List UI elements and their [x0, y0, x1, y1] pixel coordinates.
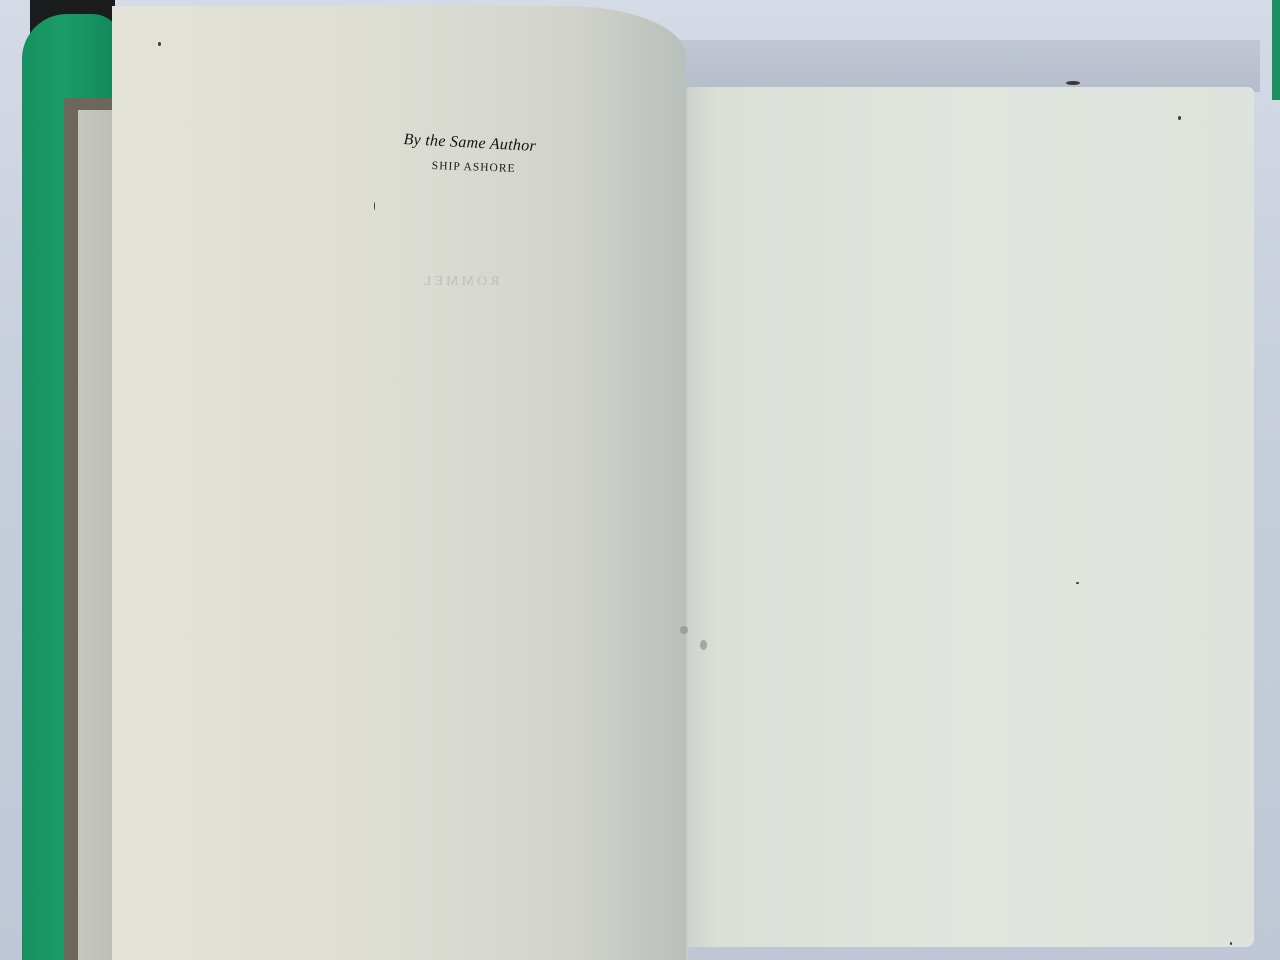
left-page [112, 6, 686, 960]
page-speck [374, 202, 375, 210]
page-speck [158, 42, 161, 46]
page-speck [1178, 116, 1181, 120]
page-speck [1066, 81, 1080, 85]
right-page [672, 87, 1254, 947]
page-speck [1230, 942, 1232, 945]
page-stain [680, 626, 688, 634]
page-speck [1076, 582, 1079, 584]
green-folder-edge-right [1272, 0, 1280, 100]
front-endpaper [78, 110, 116, 960]
page-stain [700, 640, 707, 650]
book-shadow [620, 40, 1260, 92]
show-through-text: ROMMEL [420, 274, 499, 290]
